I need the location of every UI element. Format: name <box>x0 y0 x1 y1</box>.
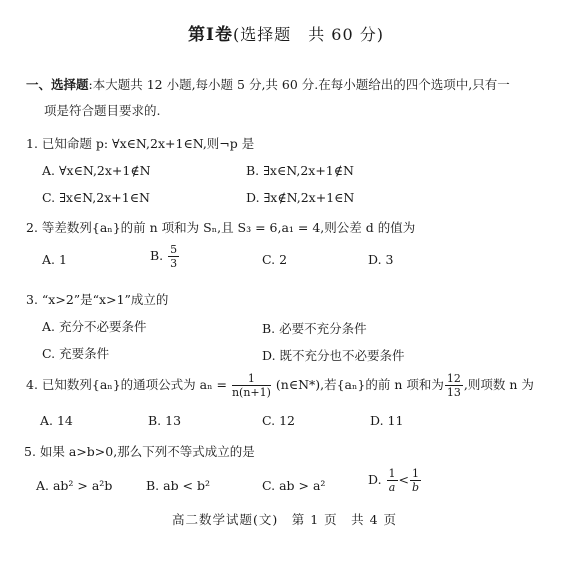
question-2-option-a[interactable]: A. 1 <box>42 252 67 267</box>
question-4-option-a[interactable]: A. 14 <box>40 413 73 428</box>
question-1-option-d[interactable]: D. ∃x∉N,2x+1∈N <box>246 190 354 205</box>
question-1-option-a[interactable]: A. ∀x∈N,2x+1∉N <box>42 163 151 178</box>
part-description: (选择题 共 60 分) <box>233 25 384 44</box>
question-2-option-c[interactable]: C. 2 <box>262 252 287 267</box>
section-label: 一、选择题 <box>26 77 89 92</box>
instruction-line-2: 项是符合题目要求的. <box>44 101 160 119</box>
option-b-prefix: B. <box>150 248 163 263</box>
question-2-option-d[interactable]: D. 3 <box>368 252 393 267</box>
question-5-option-d[interactable]: D. 1a<1b <box>368 468 422 493</box>
question-3-option-c[interactable]: C. 充要条件 <box>42 344 109 362</box>
question-5-option-a[interactable]: A. ab² > a²b <box>36 478 112 493</box>
section-instructions: 一、选择题:本大题共 12 小题,每小题 5 分,共 60 分.在每小题给出的四… <box>26 75 510 93</box>
question-4-option-b[interactable]: B. 13 <box>148 413 181 428</box>
sum-fraction: 1213 <box>445 373 463 398</box>
fraction-five-thirds: 53 <box>168 244 179 269</box>
general-term-fraction: 1n(n+1) <box>232 373 271 398</box>
question-2-stem: 2. 等差数列{aₙ}的前 n 项和为 Sₙ,且 S₃ = 6,a₁ = 4,则… <box>26 218 415 236</box>
fraction-one-over-b: 1b <box>410 468 421 493</box>
instruction-line-1: :本大题共 12 小题,每小题 5 分,共 60 分.在每小题给出的四个选项中,… <box>89 77 510 92</box>
question-5-option-b[interactable]: B. ab < b² <box>146 478 210 493</box>
question-3-option-b[interactable]: B. 必要不充分条件 <box>262 319 367 337</box>
question-2-option-b[interactable]: B. 53 <box>150 244 180 269</box>
fraction-one-over-a: 1a <box>387 468 398 493</box>
question-1-stem: 1. 已知命题 p: ∀x∈N,2x+1∈N,则¬p 是 <box>26 134 254 152</box>
question-1-option-c[interactable]: C. ∃x∈N,2x+1∈N <box>42 190 150 205</box>
question-5-option-c[interactable]: C. ab > a² <box>262 478 325 493</box>
question-5-stem: 5. 如果 a>b>0,那么下列不等式成立的是 <box>24 442 255 460</box>
exam-part-title: 第Ⅰ卷(选择题 共 60 分) <box>188 20 384 45</box>
question-4-option-d[interactable]: D. 11 <box>370 413 403 428</box>
question-4-stem: 4. 已知数列{aₙ}的通项公式为 aₙ = 1n(n+1) (n∈N*),若{… <box>26 373 534 398</box>
part-label: 第Ⅰ卷 <box>188 25 233 45</box>
question-3-option-d[interactable]: D. 既不充分也不必要条件 <box>262 346 405 364</box>
question-3-option-a[interactable]: A. 充分不必要条件 <box>42 317 146 335</box>
question-4-option-c[interactable]: C. 12 <box>262 413 295 428</box>
question-3-stem: 3. “x>2”是“x>1”成立的 <box>26 290 168 308</box>
page-footer: 高二数学试题(文) 第 1 页 共 4 页 <box>172 510 397 528</box>
question-1-option-b[interactable]: B. ∃x∈N,2x+1∉N <box>246 163 354 178</box>
